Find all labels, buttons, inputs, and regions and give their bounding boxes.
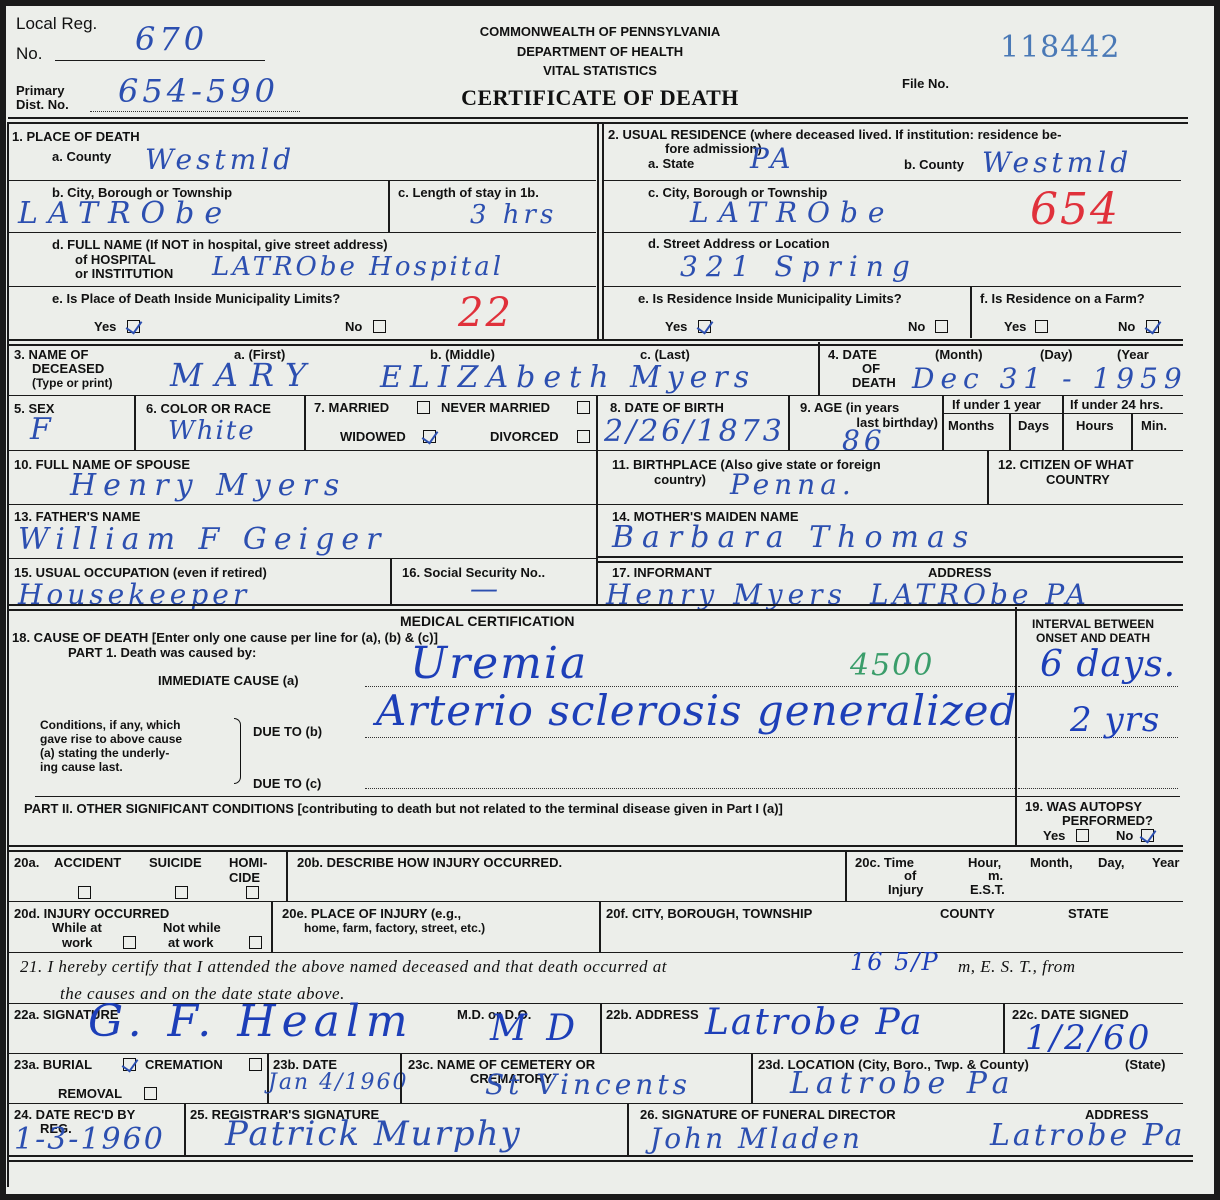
- res-state-value[interactable]: PA: [750, 142, 795, 175]
- section-divider: [8, 604, 1183, 611]
- days-label: Days: [1018, 419, 1049, 433]
- divider: [390, 558, 392, 605]
- local-reg-label: Local Reg.: [16, 14, 97, 33]
- dotted-line: [365, 788, 1015, 789]
- local-reg-no-label: No.: [16, 44, 42, 63]
- res-city-value[interactable]: LATRObe: [690, 196, 895, 229]
- farm-yes-label: Yes: [1004, 320, 1026, 334]
- divider: [35, 796, 1015, 797]
- section-divider: [597, 122, 604, 340]
- md-mark: M D: [490, 1008, 579, 1049]
- first-name-value[interactable]: MARY: [170, 356, 318, 394]
- location-state-label: (State): [1125, 1058, 1165, 1072]
- burial-date-value[interactable]: Jan 4/1960: [268, 1070, 409, 1095]
- divider: [134, 395, 136, 450]
- injury-year-label: Year: [1152, 856, 1179, 870]
- divider: [286, 850, 288, 901]
- divider: [8, 558, 596, 559]
- father-value[interactable]: William F Geiger: [18, 522, 388, 557]
- divider: [603, 232, 1181, 233]
- pod-no-label: No: [345, 320, 362, 334]
- divider: [388, 180, 390, 232]
- autopsy-label-2: PERFORMED?: [1062, 814, 1153, 828]
- accident-checkbox[interactable]: [78, 886, 91, 899]
- due-to-b-value[interactable]: Arterio sclerosis generalized: [376, 686, 1017, 735]
- hour-label-2: m.: [988, 869, 1003, 883]
- immediate-cause-label: IMMEDIATE CAUSE (a): [158, 674, 299, 688]
- divider: [1003, 1003, 1005, 1053]
- married-label: 7. MARRIED: [314, 401, 389, 415]
- on-farm-label: f. Is Residence on a Farm?: [980, 292, 1145, 306]
- pod-yes-label: Yes: [94, 320, 116, 334]
- divorced-label: DIVORCED: [490, 430, 559, 444]
- date-recd-value[interactable]: 1-3-1960: [14, 1122, 165, 1157]
- deceased-name-label-2: DECEASED: [32, 362, 104, 376]
- farm-no-label: No: [1118, 320, 1135, 334]
- divorced-checkbox[interactable]: [577, 430, 590, 443]
- citizen-label-2: COUNTRY: [1046, 473, 1110, 487]
- place-of-injury-label-2: home, farm, factory, street, etc.): [304, 922, 485, 935]
- physician-signature[interactable]: G. F. Healm: [88, 996, 414, 1047]
- divider: [8, 952, 1183, 953]
- age-label: 9. AGE (in years: [800, 401, 899, 415]
- widowed-label: WIDOWED: [340, 430, 406, 444]
- primary-dist-underline: [90, 111, 300, 112]
- certification-statement-line-1b: m, E. S. T., from: [958, 957, 1076, 977]
- min-label: Min.: [1141, 419, 1167, 433]
- dob-value[interactable]: 2/26/1873: [604, 414, 785, 449]
- part1-label: PART 1. Death was caused by:: [68, 646, 256, 660]
- part2-label: PART II. OTHER SIGNIFICANT CONDITIONS [c…: [24, 802, 783, 816]
- married-checkbox[interactable]: [417, 401, 430, 414]
- pod-red-code: 22: [458, 290, 513, 336]
- usual-residence-label-2: fore admission): [665, 142, 762, 156]
- divider: [1131, 413, 1133, 450]
- autopsy-yes-checkbox[interactable]: [1076, 829, 1089, 842]
- left-border: [7, 122, 9, 1187]
- section-divider: [8, 845, 1183, 852]
- while-at-work-label: While at: [52, 921, 102, 935]
- suicide-label: SUICIDE: [149, 856, 202, 870]
- divider: [597, 556, 1183, 563]
- res-yes-label: Yes: [665, 320, 687, 334]
- date-signed-value[interactable]: 1/2/60: [1025, 1018, 1152, 1058]
- res-street-label: d. Street Address or Location: [648, 237, 830, 251]
- res-state-label: a. State: [648, 157, 694, 171]
- never-married-checkbox[interactable]: [577, 401, 590, 414]
- agency-line-3: VITAL STATISTICS: [400, 64, 800, 78]
- physician-address-label: 22b. ADDRESS: [606, 1008, 699, 1022]
- not-while-label: Not while: [163, 921, 221, 935]
- birthplace-value[interactable]: Penna.: [730, 468, 856, 501]
- location-value[interactable]: Latrobe Pa: [790, 1066, 1015, 1101]
- conditions-label-4: ing cause last.: [40, 761, 123, 774]
- cremation-checkbox[interactable]: [249, 1058, 262, 1071]
- race-label: 6. COLOR OR RACE: [146, 402, 271, 416]
- physician-address-value[interactable]: Latrobe Pa: [705, 1002, 924, 1043]
- agency-line-1: COMMONWEALTH OF PENNSYLVANIA: [400, 25, 800, 39]
- cremation-label: CREMATION: [145, 1058, 223, 1072]
- pod-city-value[interactable]: LATRObe: [18, 196, 232, 231]
- page-title: CERTIFICATE OF DEATH: [400, 86, 800, 110]
- autopsy-no-checkbox[interactable]: [1141, 829, 1154, 842]
- divider: [184, 1103, 186, 1155]
- divider: [8, 901, 1183, 902]
- cemetery-value[interactable]: St Vincents: [485, 1068, 691, 1101]
- interval-b-value[interactable]: 2 yrs: [1070, 700, 1160, 740]
- due-to-b-label: DUE TO (b): [253, 725, 322, 739]
- res-county-value[interactable]: Westmld: [982, 146, 1132, 179]
- injury-occurred-label: 20d. INJURY OCCURRED: [14, 907, 169, 921]
- res-no-label: No: [908, 320, 925, 334]
- homicide-checkbox[interactable]: [246, 886, 259, 899]
- conditions-label-2: gave rise to above cause: [40, 733, 182, 746]
- divider: [751, 1053, 753, 1103]
- while-at-work-checkbox[interactable]: [123, 936, 136, 949]
- middle-name-value[interactable]: ELIZAbeth: [380, 360, 617, 395]
- homicide-label: HOMI-: [229, 856, 267, 870]
- res-county-label: b. County: [904, 158, 964, 172]
- immediate-cause-value[interactable]: Uremia: [410, 638, 588, 689]
- divider: [304, 395, 306, 450]
- injury-county-label: COUNTY: [940, 907, 995, 921]
- dod-value[interactable]: Dec 31 - 1959: [912, 362, 1188, 395]
- divider: [942, 413, 1183, 414]
- interval-label: INTERVAL BETWEEN: [1032, 618, 1154, 631]
- under-24-label: If under 24 hrs.: [1070, 398, 1163, 412]
- primary-dist-label-2: Dist. No.: [16, 98, 69, 112]
- hours-label: Hours: [1076, 419, 1114, 433]
- suicide-checkbox[interactable]: [175, 886, 188, 899]
- pod-county-label: a. County: [52, 150, 111, 164]
- farm-no-checkbox[interactable]: [1146, 320, 1159, 333]
- deceased-name-label: 3. NAME OF: [14, 348, 88, 362]
- divider: [8, 232, 596, 233]
- birthplace-label-2: country): [654, 473, 706, 487]
- accident-label: ACCIDENT: [54, 856, 121, 870]
- last-name-value[interactable]: Myers: [630, 360, 755, 395]
- primary-dist-label: Primary: [16, 84, 64, 98]
- date-recd-label: 24. DATE REC'D BY: [14, 1108, 135, 1122]
- divider: [8, 1053, 1183, 1054]
- divider: [8, 504, 1183, 505]
- dotted-line: [1018, 686, 1178, 687]
- divider: [603, 180, 1181, 181]
- divider: [600, 1003, 602, 1053]
- dod-year-label: (Year: [1117, 348, 1149, 362]
- divider: [788, 395, 790, 450]
- hospital-label-3: or INSTITUTION: [75, 267, 173, 281]
- dod-label-3: DEATH: [852, 376, 896, 390]
- dotted-line: [365, 737, 1015, 738]
- usual-residence-label: 2. USUAL RESIDENCE (where deceased lived…: [608, 128, 1061, 142]
- hospital-label: d. FULL NAME (If NOT in hospital, give s…: [52, 238, 388, 252]
- hospital-value[interactable]: LATRObe Hospital: [212, 252, 504, 282]
- dob-label: 8. DATE OF BIRTH: [610, 401, 724, 415]
- dod-label: 4. DATE: [828, 348, 877, 362]
- not-while-label-2: at work: [168, 936, 214, 950]
- citizen-label: 12. CITIZEN OF WHAT: [998, 458, 1134, 472]
- place-of-injury-label: 20e. PLACE OF INJURY (e.g.,: [282, 907, 461, 921]
- divider: [970, 286, 972, 338]
- divider: [596, 395, 598, 605]
- divider: [627, 1103, 629, 1155]
- ssn-value[interactable]: —: [470, 572, 502, 605]
- burial-label: 23a. BURIAL: [14, 1058, 92, 1072]
- divider: [987, 450, 989, 504]
- injury-city-label: 20f. CITY, BOROUGH, TOWNSHIP: [606, 907, 812, 921]
- conditions-label: Conditions, if any, which: [40, 719, 180, 732]
- never-married-label: NEVER MARRIED: [441, 401, 550, 415]
- spouse-value[interactable]: Henry Myers: [70, 468, 346, 503]
- describe-injury-label: 20b. DESCRIBE HOW INJURY OCCURRED.: [297, 856, 562, 870]
- dotted-line: [1018, 788, 1178, 789]
- injury-month-label: Month,: [1030, 856, 1073, 870]
- divider: [1015, 607, 1017, 847]
- divider: [845, 850, 847, 901]
- conditions-label-3: (a) stating the underly-: [40, 747, 169, 760]
- res-inside-limits-yes-checkbox[interactable]: [698, 320, 711, 333]
- funeral-director-signature[interactable]: John Mladen: [650, 1122, 863, 1155]
- brace-icon: [234, 718, 241, 784]
- divider: [1009, 413, 1011, 450]
- divider: [818, 342, 820, 395]
- while-at-work-label-2: work: [62, 936, 92, 950]
- time-of-injury-label-3: Injury: [888, 883, 923, 897]
- pod-inside-limits-label: e. Is Place of Death Inside Municipality…: [52, 292, 340, 306]
- divider: [603, 286, 1181, 287]
- res-inside-limits-no-checkbox[interactable]: [935, 320, 948, 333]
- age-value[interactable]: 86: [842, 424, 886, 457]
- divider: [942, 395, 944, 450]
- agency-line-2: DEPARTMENT OF HEALTH: [400, 45, 800, 59]
- divider: [8, 286, 596, 287]
- green-code: 4500: [850, 648, 934, 683]
- hospital-label-2: of HOSPITAL: [75, 253, 156, 267]
- autopsy-no-label: No: [1116, 829, 1133, 843]
- local-reg-underline: [55, 60, 265, 61]
- length-of-stay-value[interactable]: 3 hrs: [470, 200, 557, 230]
- homicide-label-2: CIDE: [229, 871, 260, 885]
- due-to-c-label: DUE TO (c): [253, 777, 321, 791]
- bottom-border: [8, 1155, 1193, 1162]
- file-number-stamp: 118442: [1000, 30, 1121, 65]
- section-divider: [8, 339, 1183, 346]
- divider: [1062, 395, 1064, 450]
- pod-county-value[interactable]: Westmld: [145, 143, 295, 176]
- dod-day-label: (Day): [1040, 348, 1073, 362]
- file-no-label: File No.: [902, 77, 949, 91]
- injury-state-label: STATE: [1068, 907, 1109, 921]
- divider: [8, 450, 1183, 451]
- removal-label: REMOVAL: [58, 1087, 122, 1101]
- sex-value[interactable]: F: [30, 412, 55, 447]
- funeral-director-label: 26. SIGNATURE OF FUNERAL DIRECTOR: [640, 1108, 896, 1122]
- res-street-value[interactable]: 321 Spring: [680, 250, 918, 283]
- divider: [271, 901, 273, 952]
- place-of-death-label: 1. PLACE OF DEATH: [12, 130, 140, 144]
- certification-statement-line-1: 21. I hereby certify that I attended the…: [20, 957, 667, 977]
- dod-label-2: OF: [862, 362, 880, 376]
- removal-checkbox[interactable]: [144, 1087, 157, 1100]
- autopsy-yes-label: Yes: [1043, 829, 1065, 843]
- divider: [599, 901, 601, 952]
- length-of-stay-label: c. Length of stay in 1b.: [398, 186, 539, 200]
- pod-inside-limits-no-checkbox[interactable]: [373, 320, 386, 333]
- dod-month-label: (Month): [935, 348, 983, 362]
- mother-value[interactable]: Barbara Thomas: [612, 520, 976, 555]
- res-red-code: 654: [1030, 184, 1120, 235]
- months-label: Months: [948, 419, 994, 433]
- not-while-at-work-checkbox[interactable]: [249, 936, 262, 949]
- primary-dist-no[interactable]: 654-590: [118, 72, 279, 110]
- registrar-signature[interactable]: Patrick Murphy: [225, 1114, 522, 1154]
- injury-day-label: Day,: [1098, 856, 1125, 870]
- medical-certification-heading: MEDICAL CERTIFICATION: [400, 614, 574, 628]
- local-reg-no[interactable]: 670: [135, 20, 208, 58]
- interval-a-value[interactable]: 6 days.: [1040, 644, 1176, 685]
- burial-checkbox[interactable]: [123, 1058, 136, 1071]
- cause-of-death-label: 18. CAUSE OF DEATH [Enter only one cause…: [12, 631, 438, 645]
- divider: [8, 180, 596, 181]
- divider: [1015, 796, 1180, 797]
- race-value[interactable]: White: [168, 416, 256, 446]
- widowed-checkbox[interactable]: [423, 430, 436, 443]
- divider: [400, 1053, 402, 1103]
- under-1-year-label: If under 1 year: [952, 398, 1041, 412]
- farm-yes-checkbox[interactable]: [1035, 320, 1048, 333]
- hour-label-3: E.S.T.: [970, 883, 1005, 897]
- deceased-name-label-3: (Type or print): [32, 377, 112, 390]
- time-of-death-value[interactable]: 16 5/P: [850, 948, 940, 976]
- time-of-injury-label-2: of: [904, 869, 916, 883]
- autopsy-label: 19. WAS AUTOPSY: [1025, 800, 1142, 814]
- funeral-address-value[interactable]: Latrobe Pa: [990, 1118, 1185, 1153]
- pod-inside-limits-yes-checkbox[interactable]: [127, 320, 140, 333]
- res-inside-limits-label: e. Is Residence Inside Municipality Limi…: [638, 292, 902, 306]
- num-20a: 20a.: [14, 856, 39, 870]
